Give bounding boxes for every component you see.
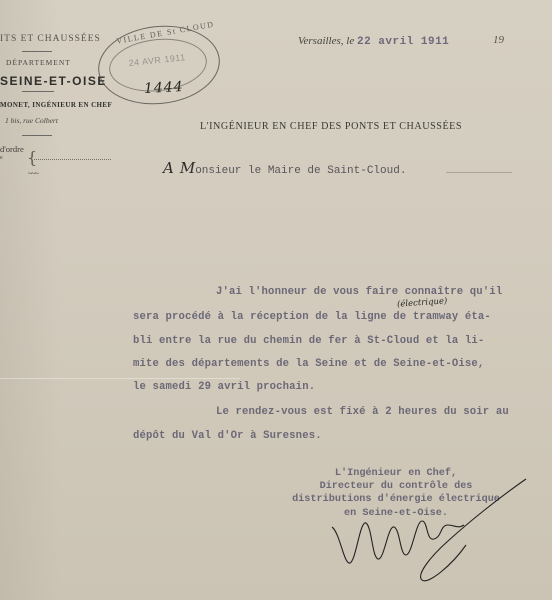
date-year-suffix: 19 [493,34,504,46]
body-line: mite des départements de la Seine et de … [133,358,484,370]
divider [22,51,52,52]
body-line: dépôt du Val d'Or à Suresnes. [133,430,322,442]
letterhead-address: 1 bis, rue Colbert [5,116,58,125]
date-line: Versailles, le 22 avril 1911 19 [298,34,449,48]
ornament-squiggle: ~~~ [28,169,38,178]
body-line: le samedi 29 avril prochain. [133,381,315,393]
body-line: J'ai l'honneur de vous faire connaître q… [216,286,502,298]
letterhead-department: SEINE-ET-OISE [0,74,107,88]
paper-fold [0,378,240,379]
body-line: bli entre la rue du chemin de fer à St-C… [133,335,484,347]
handwritten-signature-icon [330,475,540,585]
body-line: sera procédé à la réception de la ligne … [133,311,491,323]
town-hall-stamp: VILLE DE St CLOUD 24 AVR 1911 [94,20,223,110]
letterhead-department-label: DÉPARTEMENT [6,58,71,67]
order-sub-label: e [0,155,3,161]
addressee-line: AMonsieur le Maire de Saint-Cloud. [163,159,406,177]
brace-icon: { [27,148,37,167]
order-number-label: d'ordre [0,144,24,154]
order-number-field [34,159,111,161]
handwritten-insertion: électrique [397,296,448,309]
date-place: Versailles, le [298,35,357,47]
addressee-prefix: A [163,159,174,177]
addressee-initial: M [180,159,195,177]
letter-page: ITS ET CHAUSSÉES DÉPARTEMENT SEINE-ET-OI… [0,0,552,600]
date-typed: 22 avril 1911 [357,36,449,48]
body-line: Le rendez-vous est fixé à 2 heures du so… [216,406,509,418]
stamp-registration-number: 1444 [144,79,184,97]
letterhead-engineer: MONET, INGÉNIEUR EN CHEF [0,101,112,109]
divider [22,135,52,136]
sender-heading: L'INGÉNIEUR EN CHEF DES PONTS ET CHAUSSÉ… [200,120,462,132]
divider [22,91,54,92]
addressee-text: onsieur le Maire de Saint-Cloud. [195,165,406,177]
paper-shadow [0,0,60,600]
addressee-underline [446,172,512,173]
letterhead-service: ITS ET CHAUSSÉES [0,34,101,44]
